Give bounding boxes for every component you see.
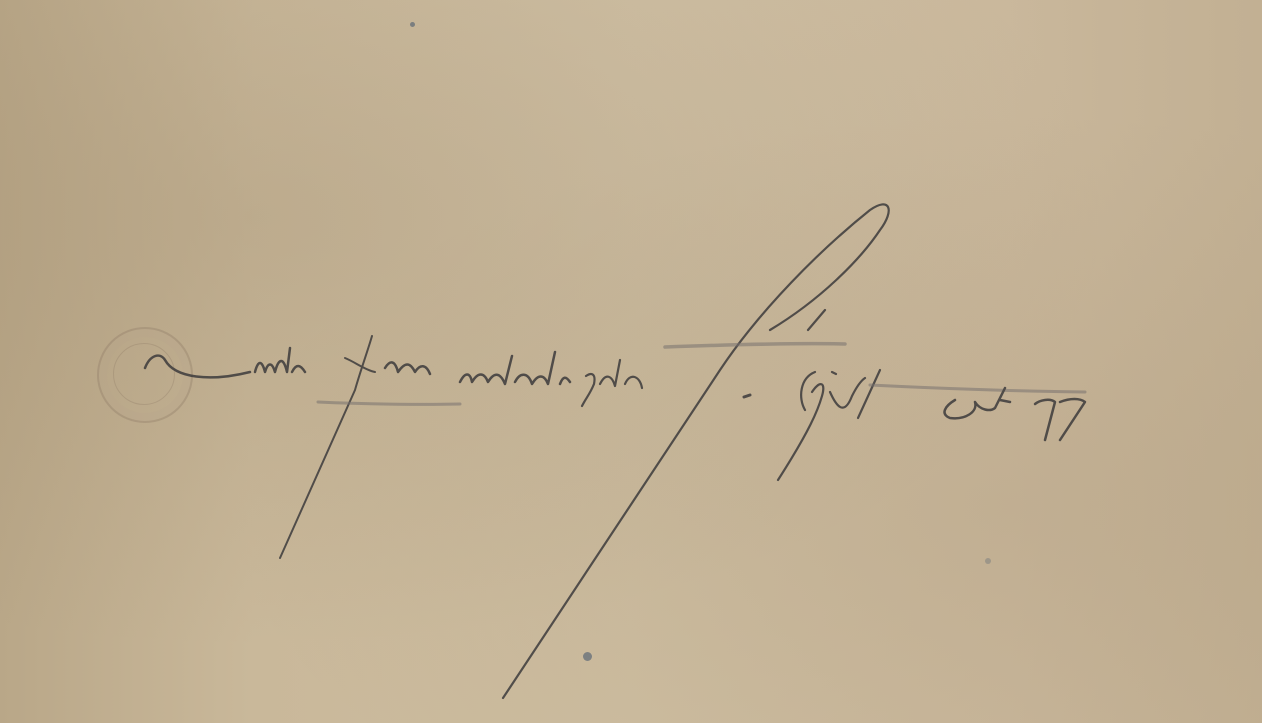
flourish-stroke <box>145 356 250 378</box>
document-page: [illegible] certifico autenticità – Capo… <box>0 0 1262 723</box>
word-autenticita <box>460 352 570 384</box>
word-month <box>945 388 1010 418</box>
year-79 <box>1035 399 1085 440</box>
word-capo <box>778 372 865 480</box>
word-certifico <box>255 348 305 372</box>
long-descender-loop <box>503 204 889 698</box>
handwriting-ink <box>0 0 1262 723</box>
